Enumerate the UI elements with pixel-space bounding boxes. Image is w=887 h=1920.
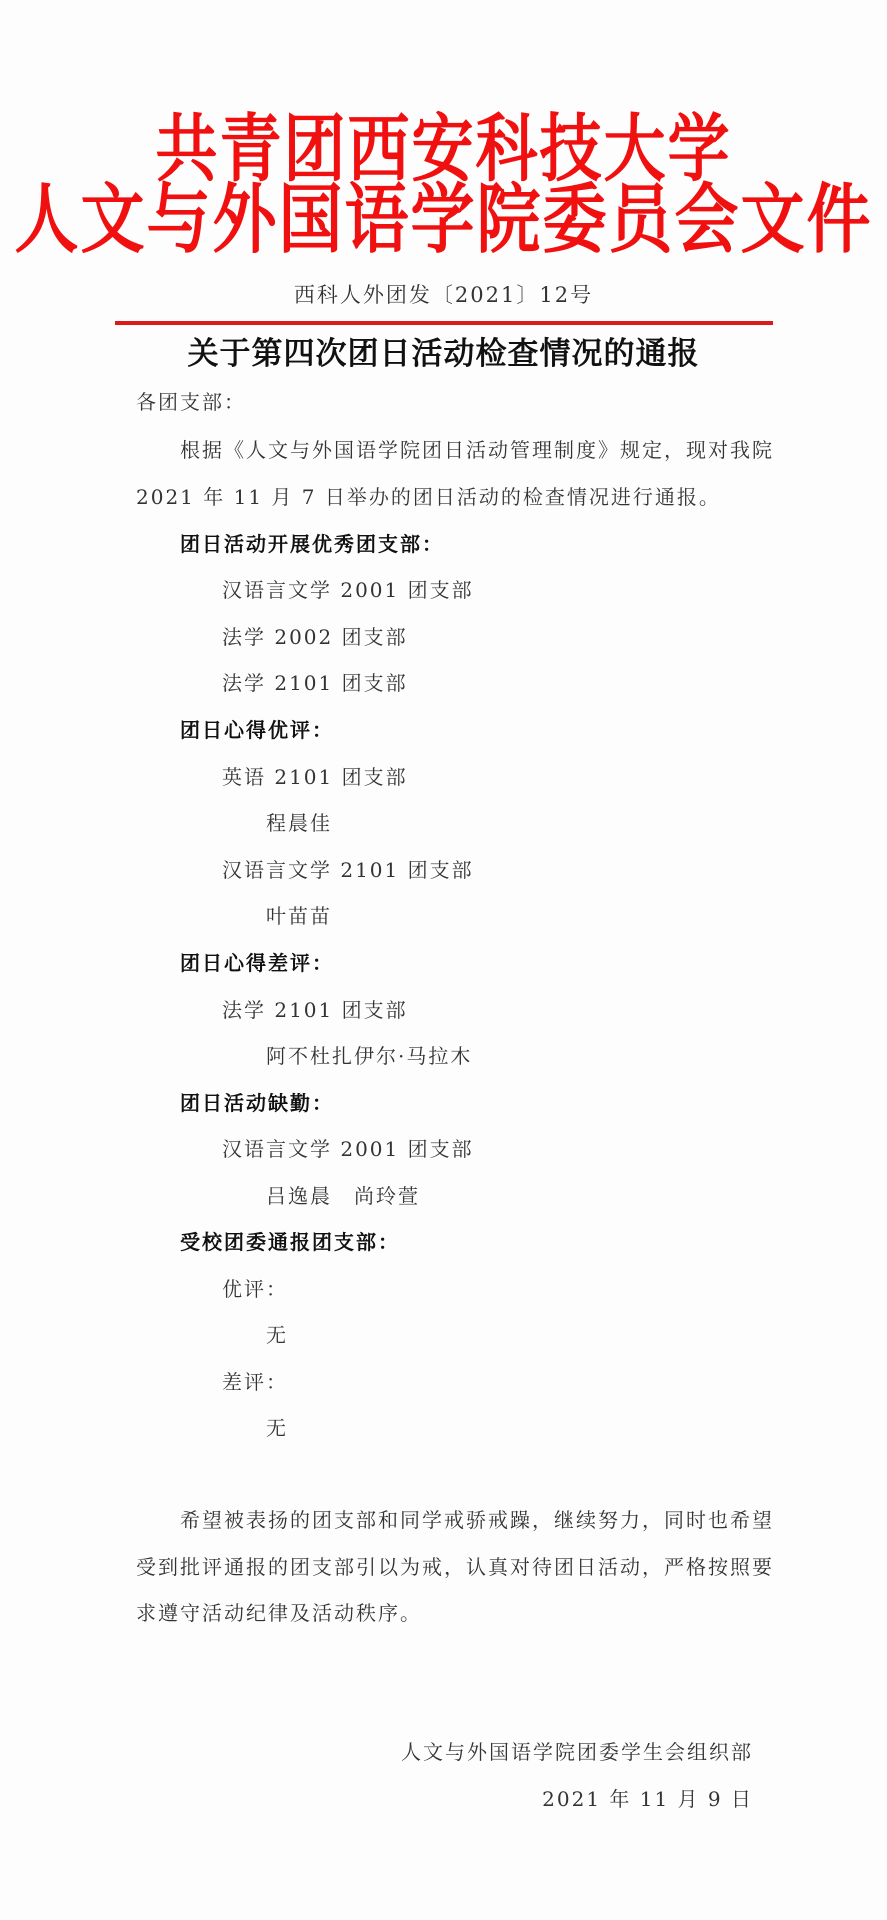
good-rating-label: 优评： bbox=[222, 1275, 288, 1303]
branch-name: 法学 2101 团支部 bbox=[222, 996, 408, 1024]
intro-line-2: 2021 年 11 月 7 日举办的团日活动的检查情况进行通报。 bbox=[136, 483, 721, 511]
document-number: 西科人外团发〔2021〕12号 bbox=[0, 281, 887, 309]
student-names: 程晨佳 bbox=[266, 809, 332, 837]
section-heading-poor-reflection: 团日心得差评： bbox=[180, 949, 334, 977]
closing-line-2: 受到批评通报的团支部引以为戒，认真对待团日活动，严格按照要 bbox=[136, 1553, 774, 1581]
document-page: 共青团西安科技大学 人文与外国语学院委员会文件 西科人外团发〔2021〕12号 … bbox=[0, 0, 887, 1920]
section-heading-good-reflection: 团日心得优评： bbox=[180, 716, 334, 744]
branch-name: 汉语言文学 2101 团支部 bbox=[222, 856, 474, 884]
red-divider bbox=[115, 321, 773, 325]
signature-department: 人文与外国语学院团委学生会组织部 bbox=[401, 1738, 753, 1766]
list-item: 法学 2002 团支部 bbox=[222, 623, 408, 651]
student-names: 阿不杜扎伊尔·马拉木 bbox=[266, 1042, 472, 1070]
document-title: 关于第四次团日活动检查情况的通报 bbox=[0, 334, 887, 374]
poor-rating-value: 无 bbox=[266, 1414, 288, 1442]
section-heading-absence: 团日活动缺勤： bbox=[180, 1089, 334, 1117]
closing-line-1: 希望被表扬的团支部和同学戒骄戒躁，继续努力，同时也希望 bbox=[180, 1506, 774, 1534]
intro-line-1: 根据《人文与外国语学院团日活动管理制度》规定，现对我院 bbox=[180, 436, 774, 464]
section-heading-school-notice: 受校团委通报团支部： bbox=[180, 1228, 400, 1256]
section-heading-excellent: 团日活动开展优秀团支部： bbox=[180, 530, 444, 558]
student-names: 叶苗苗 bbox=[266, 902, 332, 930]
signature-date: 2021 年 11 月 9 日 bbox=[542, 1785, 753, 1813]
branch-name: 英语 2101 团支部 bbox=[222, 763, 408, 791]
branch-name: 汉语言文学 2001 团支部 bbox=[222, 1135, 474, 1163]
closing-line-3: 求遵守活动纪律及活动秩序。 bbox=[136, 1599, 422, 1627]
good-rating-value: 无 bbox=[266, 1321, 288, 1349]
list-item: 汉语言文学 2001 团支部 bbox=[222, 576, 474, 604]
list-item: 法学 2101 团支部 bbox=[222, 669, 408, 697]
poor-rating-label: 差评： bbox=[222, 1368, 288, 1396]
org-name-line2: 人文与外国语学院委员会文件 bbox=[0, 178, 887, 263]
salutation: 各团支部： bbox=[136, 388, 246, 416]
student-names: 吕逸晨 尚玲萱 bbox=[266, 1182, 420, 1210]
